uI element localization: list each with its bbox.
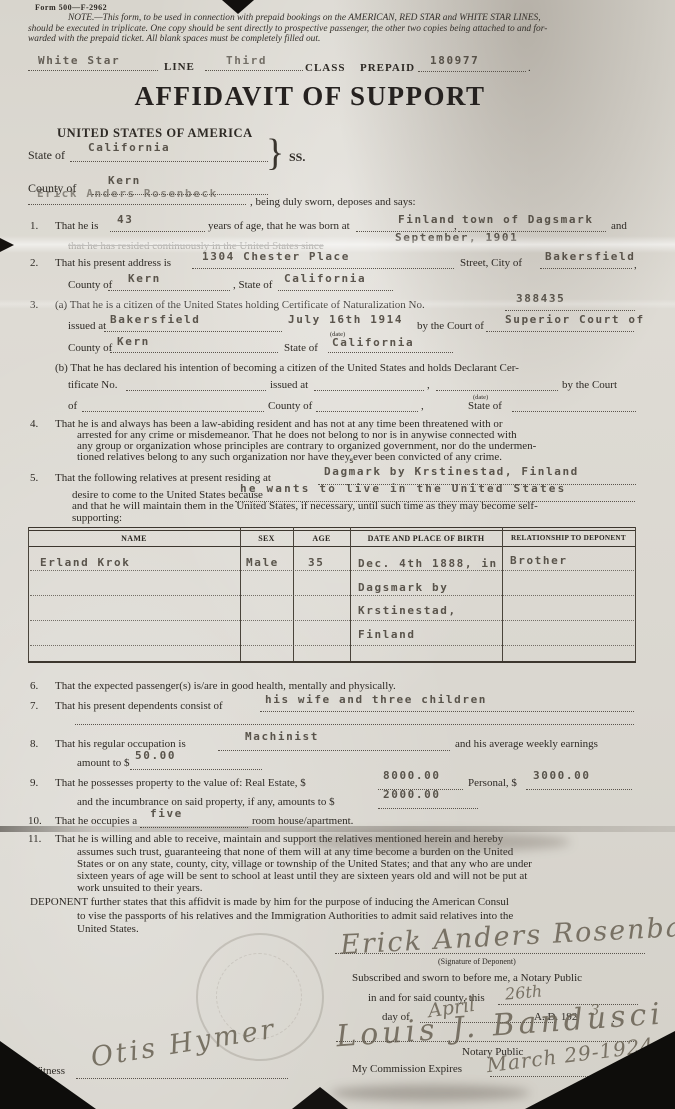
item5-number: 5. (30, 472, 38, 485)
table-bottom-border (28, 661, 636, 663)
item5-text-1: That the following relatives at present … (55, 472, 271, 485)
dotted-blank-line (70, 161, 268, 162)
deponent-name-typed: Erick Anders Rosenbeck (37, 187, 218, 200)
closing-line-2: to vise the passports of his relatives a… (77, 910, 513, 923)
relatives-residing-value: Dagmark by Krstinestad, Finland (324, 465, 579, 478)
edge-tear-mark (0, 238, 14, 252)
line-label: LINE (164, 61, 195, 74)
address-county-value: Kern (128, 272, 161, 285)
item11-number: 11. (28, 833, 41, 846)
item11-line-5: work unsuited to their years. (77, 882, 203, 895)
court-value: Superior Court of (505, 313, 645, 326)
stain-smudge (330, 1085, 530, 1101)
affidavit-document: Form 500—F-2962 NOTE.—This form, to be u… (0, 0, 675, 1109)
city-value: Bakersfield (545, 250, 635, 263)
comma-mark: , (421, 400, 424, 413)
item7-text: That his present dependents consist of (55, 700, 223, 713)
class-value: Third (226, 54, 267, 67)
item2-number: 2. (30, 257, 38, 270)
dotted-blank-line (205, 70, 303, 71)
dotted-blank-line (28, 204, 246, 205)
table-row-line (30, 645, 634, 646)
weekly-earnings-value: 50.00 (135, 749, 176, 762)
prepaid-number: 180977 (430, 54, 479, 67)
occupation-value: Machinist (245, 730, 319, 743)
item2-text-3: , State of (233, 279, 272, 292)
relative-relationship-cell: Brother (510, 554, 568, 567)
state-value: California (88, 141, 170, 154)
incumbrance-value: 2000.00 (383, 788, 441, 801)
commission-label: My Commission Expires (352, 1063, 462, 1076)
item3-number: 3. (30, 299, 38, 312)
item3b-text-1: (b) That he has declared his intention o… (55, 362, 519, 375)
bottom-center-notch (292, 1087, 348, 1109)
table-row-line (30, 570, 634, 571)
item10-number: 10. (28, 815, 42, 828)
state-label: State of (28, 148, 65, 162)
note-line-3: warded with the prepaid ticket. All blan… (28, 34, 320, 45)
table-header-age: AGE (293, 534, 350, 543)
dotted-blank-line (126, 390, 266, 391)
item3b-cert-label: tificate No. (68, 379, 117, 392)
closing-line-1: DEPONENT further states that this affidv… (30, 896, 509, 909)
relative-sex-cell: Male (246, 556, 279, 569)
table-right-border (635, 527, 636, 662)
item6-number: 6. (30, 680, 38, 693)
item3b-issued-label: issued at (270, 379, 308, 392)
dotted-blank-line (378, 808, 478, 809)
signature-caption: (Signature of Deponent) (438, 957, 516, 967)
dotted-blank-line (260, 711, 634, 712)
ss-label: SS. (289, 150, 305, 164)
country-heading: UNITED STATES OF AMERICA (57, 126, 253, 141)
county-value: Kern (108, 174, 141, 187)
dotted-blank-line (75, 724, 634, 725)
dotted-blank-line (314, 390, 424, 391)
relative-dob-line-3: Krstinestad, (358, 604, 457, 617)
item5-text-4: supporting: (72, 512, 122, 525)
issue-date-value: July 16th 1914 (288, 313, 403, 326)
relative-age-cell: 35 (308, 556, 324, 569)
bottom-right-corner-shadow (525, 1031, 675, 1109)
closing-line-3: United States. (77, 923, 139, 936)
dotted-blank-line (418, 71, 526, 72)
rooms-value: five (150, 807, 183, 820)
item8-text-3: amount to $ (77, 757, 130, 770)
relative-dob-line-1: Dec. 4th 1888, in (358, 557, 498, 570)
dotted-blank-line (505, 310, 635, 311)
dotted-blank-line (540, 268, 632, 269)
item6-text: That the expected passenger(s) is/are in… (55, 680, 396, 693)
reason-value: he wants to live in the United States (240, 482, 566, 495)
dotted-blank-line (436, 390, 558, 391)
naturalization-cert-number: 388435 (516, 292, 565, 305)
item3a-text-3: by the Court of (417, 320, 484, 333)
dotted-blank-line (512, 411, 636, 412)
dotted-blank-line (104, 331, 282, 332)
item9-text-3: and the incumbrance on said property, if… (77, 796, 335, 809)
address-state-value: California (284, 272, 366, 285)
dotted-blank-line (76, 1078, 288, 1079)
resided-since-value: September, 1901 (395, 231, 518, 244)
top-edge-notch (222, 0, 254, 14)
table-row-line (30, 620, 634, 621)
table-left-border (28, 527, 29, 662)
inserted-letter: s (349, 456, 355, 465)
item1-text-1: That he is (55, 220, 98, 233)
dotted-blank-line (328, 352, 453, 353)
prepaid-label: PREPAID (360, 62, 415, 75)
item8-text-2: and his average weekly earnings (455, 738, 598, 751)
comma-mark: , (634, 259, 637, 272)
class-label: CLASS (305, 62, 345, 75)
notary-day-value: 26th (504, 981, 543, 1003)
relative-name-cell: Erland Krok (40, 556, 130, 569)
notary-sworn-text: Subscribed and sworn to before me, a Not… (352, 972, 582, 985)
dotted-blank-line (130, 769, 262, 770)
dotted-blank-line (108, 290, 230, 291)
birthplace-value: Finland (398, 213, 456, 226)
item3a-county-label: County of (68, 342, 112, 355)
birth-town-value: town of Dagsmark (462, 213, 594, 226)
item1-number: 1. (30, 220, 38, 233)
item4-number: 4. (30, 418, 38, 431)
item3a-state-label: State of (284, 342, 318, 355)
witness-signature: Otis Hymer (89, 1014, 279, 1074)
dotted-blank-line (110, 352, 278, 353)
dotted-blank-line (486, 331, 634, 332)
table-header-dob: DATE AND PLACE OF BIRTH (350, 534, 502, 543)
item1-text-3: and (611, 220, 627, 233)
age-value: 43 (117, 213, 133, 226)
court-state-value: California (332, 336, 414, 349)
table-row-line (30, 595, 634, 596)
item10-text-1: That he occupies a (55, 815, 137, 828)
item10-text-2: room house/apartment. (252, 815, 353, 828)
item3a-text-2: issued at (68, 320, 106, 333)
signature-line (335, 953, 645, 954)
table-header-sex: SEX (240, 534, 293, 543)
line-name-value: White Star (38, 54, 120, 67)
item1-text-2: years of age, that he was born at (208, 220, 350, 233)
comma-mark: , (427, 379, 430, 392)
item3b-court-label: by the Court (562, 379, 617, 392)
dotted-blank-line (82, 411, 264, 412)
form-number: Form 500—F-2962 (35, 3, 107, 13)
issued-at-value: Bakersfield (110, 313, 200, 326)
relative-dob-line-2: Dagsmark by (358, 581, 448, 594)
street-value: 1304 Chester Place (202, 250, 350, 263)
item3a-text-1: (a) That he is a citizen of the United S… (55, 299, 425, 312)
table-header-underline (28, 546, 636, 547)
item3b-state-label: State of (468, 400, 502, 413)
item2-text-2: Street, City of (460, 257, 522, 270)
bottom-left-corner-shadow (0, 1041, 96, 1109)
dependents-value: his wife and three children (265, 693, 487, 706)
dotted-blank-line (28, 70, 158, 71)
item7-number: 7. (30, 700, 38, 713)
item2-text-1: That his present address is (55, 257, 171, 270)
relative-dob-line-4: Finland (358, 628, 416, 641)
item5-text-3: and that he will maintain them in the Un… (72, 500, 538, 513)
dotted-blank-line (110, 231, 205, 232)
item2-county-label: County of (68, 279, 112, 292)
brace-glyph: } (266, 131, 284, 177)
item11-line-1: That he is willing and able to receive, … (55, 833, 503, 846)
period-mark: . (528, 62, 531, 75)
table-header-relationship: RELATIONSHIP TO DEPONENT (502, 534, 635, 542)
dotted-blank-line (316, 411, 418, 412)
dotted-blank-line (278, 290, 393, 291)
table-header-name: NAME (28, 534, 240, 543)
dotted-blank-line (526, 789, 632, 790)
item8-number: 8. (30, 738, 38, 751)
personal-property-value: 3000.00 (533, 769, 591, 782)
item9-text-1: That he possesses property to the value … (55, 777, 306, 790)
table-top-border-inner (28, 530, 636, 531)
sworn-clause: , being duly sworn, deposes and says: (250, 196, 416, 209)
item9-number: 9. (30, 777, 38, 790)
page-title: AFFIDAVIT OF SUPPORT (95, 81, 525, 112)
dotted-blank-line (192, 268, 454, 269)
real-estate-value: 8000.00 (383, 769, 441, 782)
item3b-of-label: of (68, 400, 77, 413)
item4-line-4: tioned relatives belong to any such orga… (77, 451, 502, 464)
item3b-county-label: County of (268, 400, 312, 413)
item9-text-2: Personal, $ (468, 777, 517, 790)
dotted-blank-line (140, 827, 248, 828)
court-county-value: Kern (117, 335, 150, 348)
dotted-blank-line (218, 750, 450, 751)
table-top-border (28, 527, 636, 528)
